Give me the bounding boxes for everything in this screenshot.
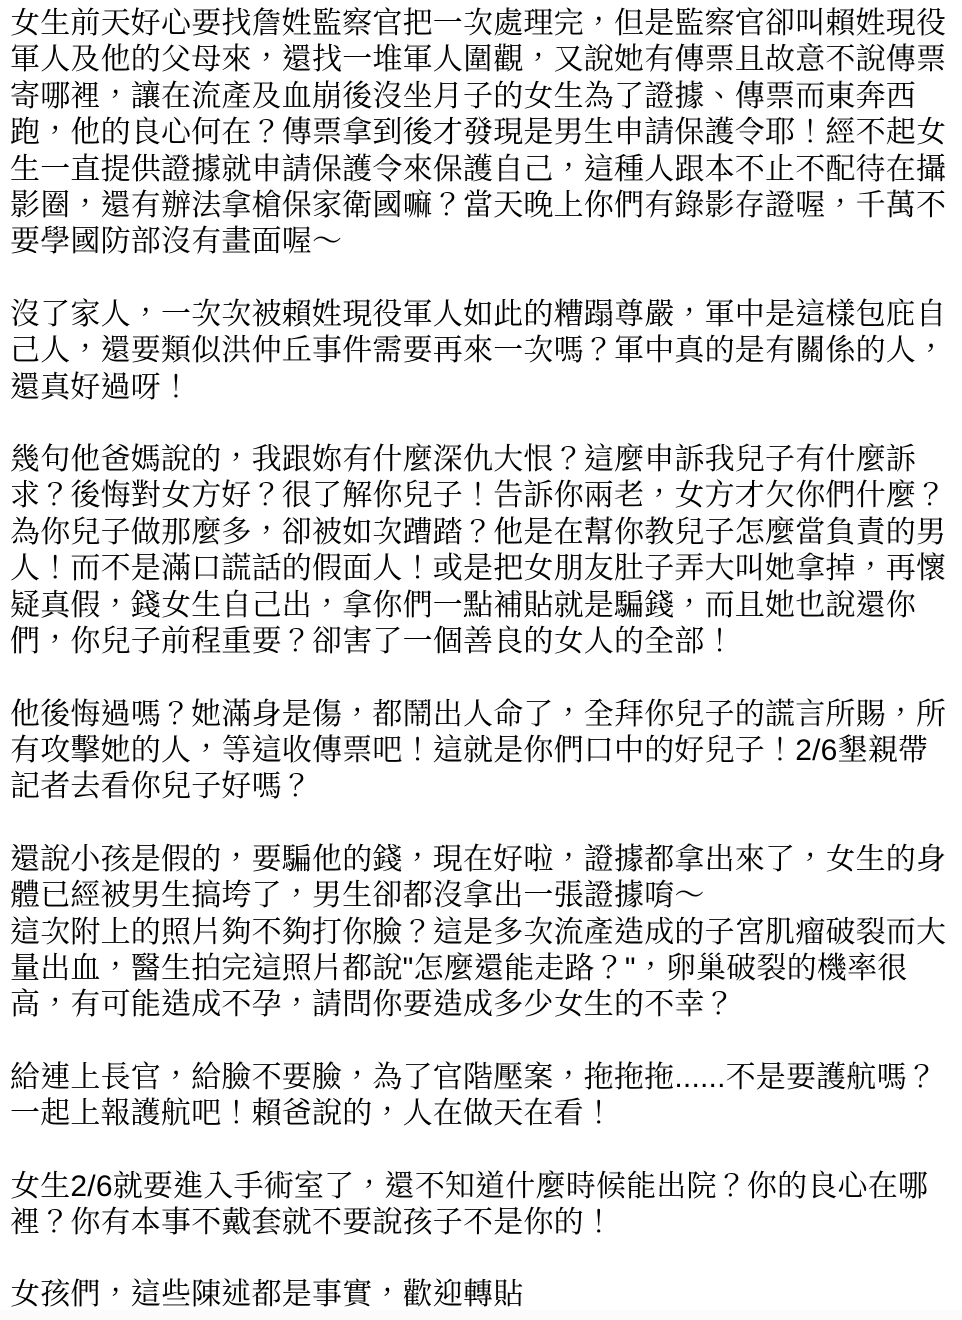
post-paragraph: 給連上長官，給臉不要臉，為了官階壓案，拖拖拖......不是要護航嗎？一起上報護… (10, 1060, 950, 1133)
post-paragraph: 還說小孩是假的，要騙他的錢，現在好啦，證據都拿出來了，女生的身體已經被男生搞垮了… (10, 842, 950, 1024)
bottom-strip (0, 1310, 962, 1320)
post-paragraph: 女孩們，這些陳述都是事實，歡迎轉貼 (10, 1277, 950, 1313)
post-paragraph: 他後悔過嗎？她滿身是傷，都鬧出人命了，全拜你兒子的謊言所賜，所有攻擊她的人，等這… (10, 697, 950, 806)
post-paragraph: 沒了家人，一次次被賴姓現役軍人如此的糟蹋尊嚴，軍中是這樣包庇自己人，還要類似洪仲… (10, 297, 950, 406)
document-body: 女生前天好心要找詹姓監察官把一次處理完，但是監察官卻叫賴姓現役軍人及他的父母來，… (0, 0, 962, 1314)
post-paragraph: 幾句他爸媽說的，我跟妳有什麼深仇大恨？這麼申訴我兒子有什麼訴求？後悔對女方好？很… (10, 442, 950, 660)
post-paragraph: 女生前天好心要找詹姓監察官把一次處理完，但是監察官卻叫賴姓現役軍人及他的父母來，… (10, 6, 950, 261)
post-paragraph: 女生2/6就要進入手術室了，還不知道什麼時候能出院？你的良心在哪裡？你有本事不戴… (10, 1169, 950, 1242)
